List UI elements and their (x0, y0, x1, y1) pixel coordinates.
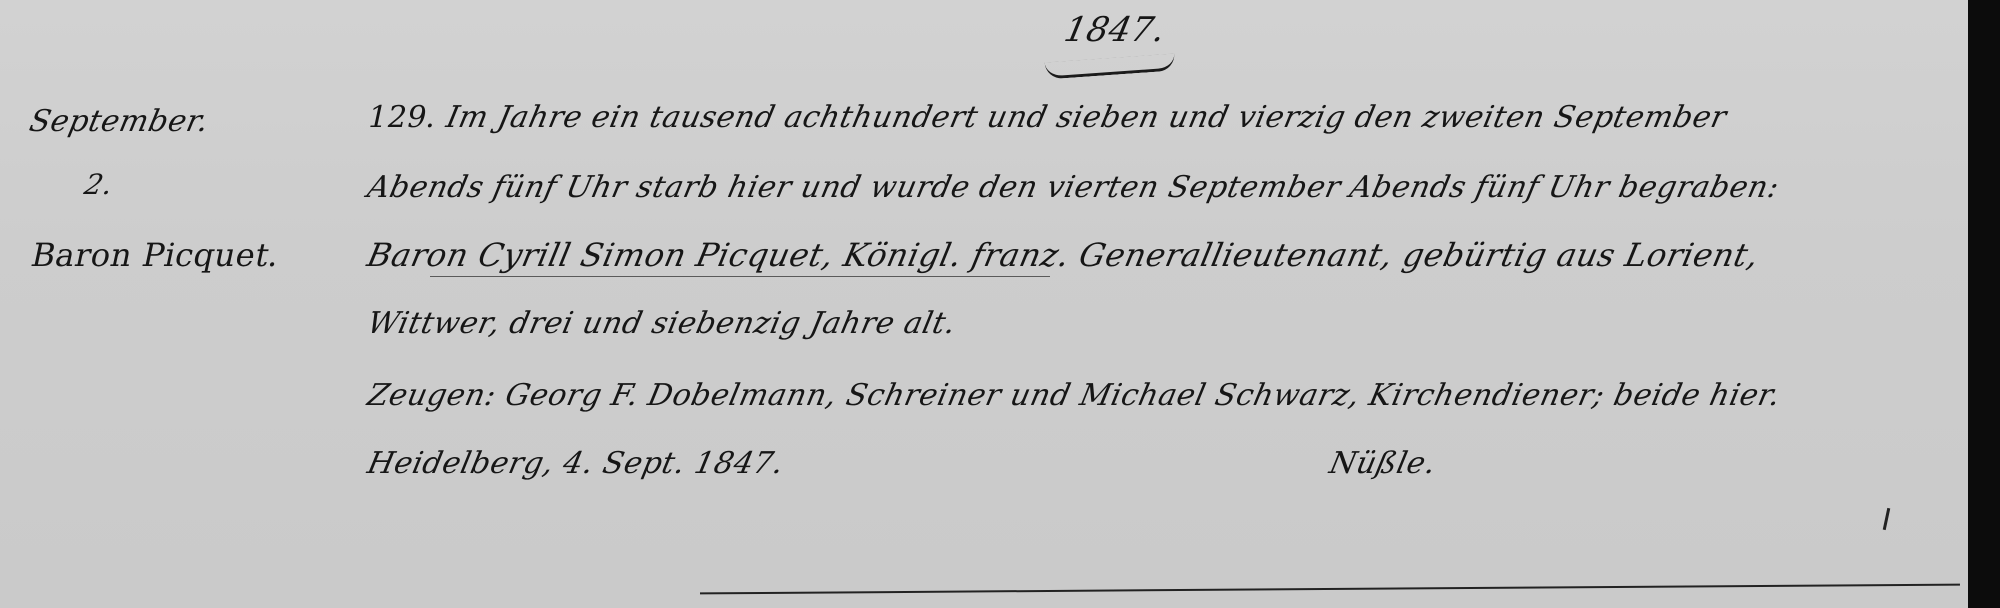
entry-line-2: Abends fünf Uhr starb hier und wurde den… (364, 170, 1782, 205)
entry-line-5: Zeugen: Georg F. Dobelmann, Schreiner un… (364, 378, 1783, 413)
entry-line-4: Wittwer, drei und siebenzig Jahre alt. (364, 306, 959, 341)
entry-number: 129. (364, 100, 440, 135)
margin-deceased-name: Baron Picquet. (28, 236, 284, 274)
entry-line-1-text: Im Jahre ein tausend achthundert und sie… (443, 100, 1730, 135)
ink-mark (1883, 508, 1891, 530)
register-page: 1847. September. 2. Baron Picquet. 129. … (0, 0, 1968, 608)
entry-line-6: Heidelberg, 4. Sept. 1847. (364, 446, 787, 481)
margin-day: 2. (81, 168, 116, 201)
entry-line-1: 129. Im Jahre ein tausend achthundert un… (364, 100, 1730, 135)
page-edge-shadow (1968, 0, 2000, 608)
pastor-signature: Nüßle. (1326, 446, 1439, 481)
margin-month: September. (26, 104, 212, 139)
entry-line-3: Baron Cyrill Simon Picquet, Königl. fran… (364, 236, 1762, 274)
year-heading: 1847. (1061, 10, 1169, 50)
name-underline (430, 276, 1050, 277)
year-underline-flourish (1045, 53, 1176, 79)
entry-separator-rule (700, 584, 1960, 595)
